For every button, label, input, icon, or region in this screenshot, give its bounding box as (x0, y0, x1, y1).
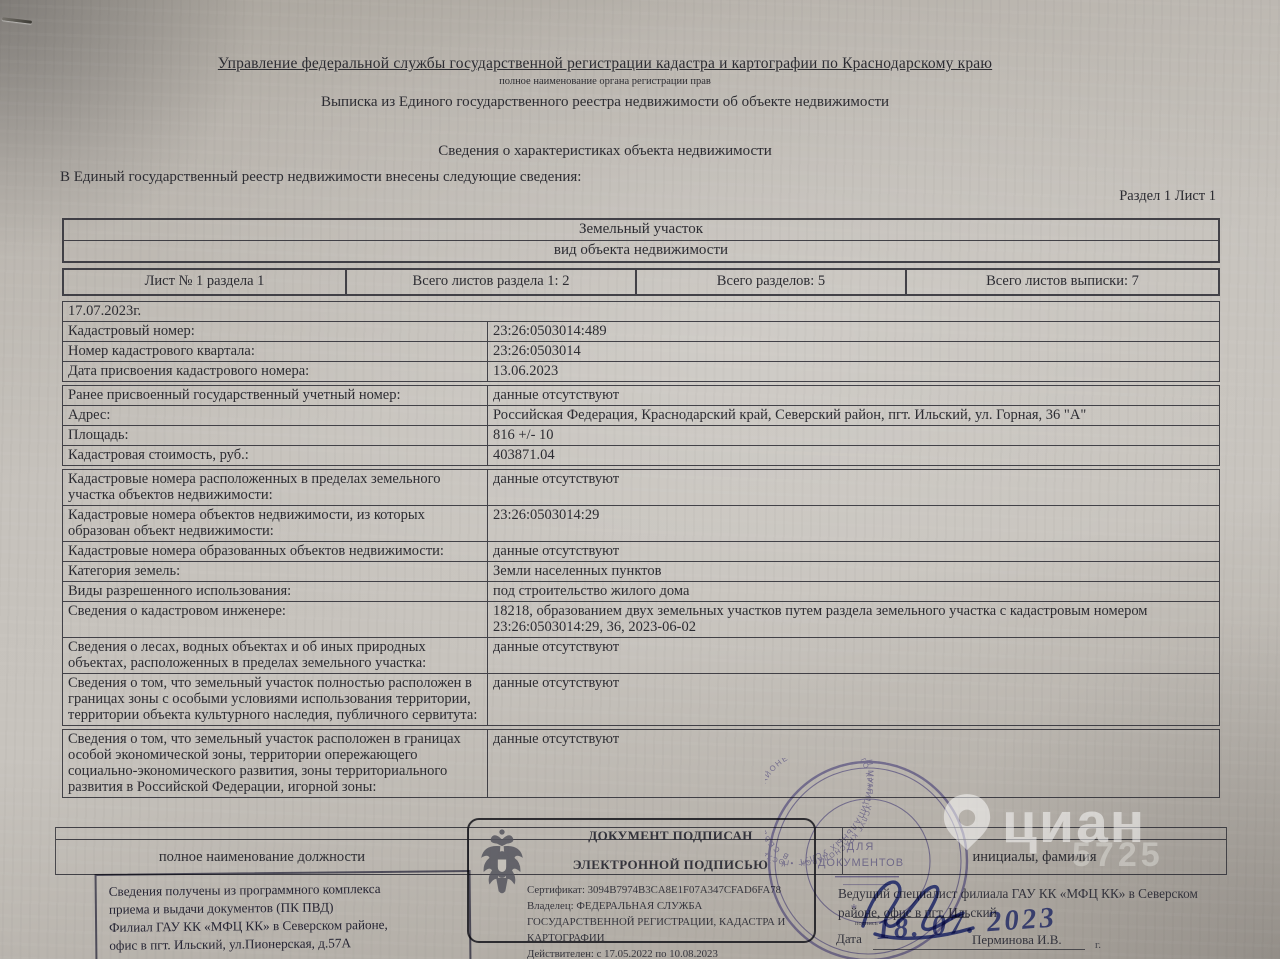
stamp-center-line2: ДОКУМЕНТОВ (818, 857, 904, 869)
table-row: Кадастровые номера образованных объектов… (63, 541, 1219, 561)
sheet-info-table: Лист № 1 раздела 1Всего листов раздела 1… (62, 268, 1220, 296)
table-row: Виды разрешенного использования:под стро… (63, 581, 1219, 601)
sheet-info-cell: Лист № 1 раздела 1 (64, 270, 345, 294)
table-section: Сведения о том, что земельный участок ра… (62, 729, 1220, 798)
table-row: Ранее присвоенный государственный учетны… (63, 386, 1219, 405)
esign-certificate: Сертификат: 3094B7974B3CA8E1F07A347CFAD6… (527, 882, 804, 898)
row-value: Земли населенных пунктов (488, 562, 1219, 581)
table-row: Площадь:816 +/- 10 (63, 425, 1219, 445)
row-value: данные отсутствуют (488, 542, 1219, 561)
row-value: данные отсутствуют (488, 674, 1219, 725)
pkpvd-line: офис в пгт. Ильский, ул.Пионерская, д.57… (109, 933, 459, 955)
table-row: Сведения о том, что земельный участок по… (63, 673, 1219, 725)
row-value: 23:26:0503014:489 (488, 322, 1219, 341)
row-value: данные отсутствуют (488, 386, 1219, 405)
table-row: Адрес:Российская Федерация, Краснодарски… (63, 405, 1219, 425)
svg-text:В СЕВЕРСКОМ РАЙОНЕ: В СЕВЕРСКОМ РАЙОНЕ (765, 758, 790, 861)
photographed-document: { "header": { "authority": "Управление ф… (0, 0, 1280, 959)
stamp-asterisk: * (851, 901, 857, 918)
row-label: Категория земель: (63, 562, 488, 581)
table-row: Номер кадастрового квартала:23:26:050301… (63, 341, 1219, 361)
stamp-ring3-text: В СЕВЕРСКОМ РАЙОНЕ (765, 758, 790, 861)
characteristics-title: Сведения о характеристиках объекта недви… (60, 143, 1220, 160)
table-row: Кадастровые номера объектов недвижимости… (63, 505, 1219, 541)
pkpvd-stamp: Сведения получены из программного компле… (95, 870, 472, 959)
row-label: Кадастровые номера расположенных в преде… (63, 470, 488, 505)
row-value: под строительство жилого дома (488, 582, 1219, 601)
position-caption: полное наименование должности (56, 840, 469, 874)
row-label: Кадастровые номера объектов недвижимости… (63, 506, 488, 541)
table-section: 17.07.2023г.Кадастровый номер:23:26:0503… (62, 301, 1220, 382)
row-value: 23:26:0503014:29 (488, 506, 1219, 541)
row-label: Сведения о лесах, водных объектах и об и… (63, 638, 488, 673)
row-value: 13.06.2023 (488, 362, 1219, 381)
intro-line: В Единый государственный реестр недвижим… (60, 169, 1220, 186)
row-label: Адрес: (63, 406, 488, 425)
esign-validity: Действителен: с 17.05.2022 по 10.08.2023 (527, 946, 804, 959)
row-label: Сведения о том, что земельный участок ра… (63, 730, 488, 797)
row-label: Кадастровая стоимость, руб.: (63, 446, 488, 465)
row-label: Номер кадастрового квартала: (63, 342, 488, 361)
row-value: данные отсутствуют (488, 470, 1219, 505)
sheet-info-cell: Всего листов раздела 1: 2 (345, 270, 635, 294)
table-row: Кадастровая стоимость, руб.:403871.04 (63, 445, 1219, 465)
table-row: Сведения о кадастровом инженере:18218, о… (63, 601, 1219, 637)
object-type-caption: вид объекта недвижимости (64, 240, 1218, 261)
table-row: Сведения о том, что земельный участок ра… (63, 730, 1219, 797)
double-eagle-emblem (477, 826, 527, 918)
main-table: 17.07.2023г.Кадастровый номер:23:26:0503… (62, 301, 1220, 798)
table-row: Кадастровый номер:23:26:0503014:489 (63, 321, 1219, 341)
row-value: 816 +/- 10 (488, 426, 1219, 445)
sheet-info-cell: Всего разделов: 5 (635, 270, 905, 294)
row-label: Сведения о кадастровом инженере: (63, 602, 488, 637)
esign-owner: Владелец: ФЕДЕРАЛЬНАЯ СЛУЖБА ГОСУДАРСТВЕ… (527, 898, 804, 946)
table-row: 17.07.2023г. (63, 302, 1219, 321)
document-header: Управление федеральной службы государств… (60, 55, 1220, 205)
row-value: Российская Федерация, Краснодарский край… (488, 406, 1219, 425)
row-label: Кадастровые номера образованных объектов… (63, 542, 488, 561)
signature-area: полное наименование должности инициалы, … (55, 818, 1225, 959)
stamp-center-line1: ДЛЯ (847, 841, 876, 853)
document-title: Выписка из Единого государственного реес… (60, 94, 1220, 111)
row-value: 403871.04 (488, 446, 1219, 465)
authority-caption: полное наименование органа регистрации п… (60, 76, 1220, 87)
table-section: Кадастровые номера расположенных в преде… (62, 469, 1220, 726)
table-row: Кадастровые номера расположенных в преде… (63, 470, 1219, 505)
object-type-table: Земельный участок вид объекта недвижимос… (62, 218, 1220, 263)
staple-mark (2, 17, 32, 24)
table-row: Категория земель:Земли населенных пункто… (63, 561, 1219, 581)
section-sheet-label: Раздел 1 Лист 1 (60, 188, 1220, 205)
row-label: Сведения о том, что земельный участок по… (63, 674, 488, 725)
row-value: данные отсутствуют (488, 638, 1219, 673)
row-label: Виды разрешенного использования: (63, 582, 488, 601)
row-label: Площадь: (63, 426, 488, 445)
table-row: Сведения о лесах, водных объектах и об и… (63, 637, 1219, 673)
row-value: 23:26:0503014 (488, 342, 1219, 361)
object-type-value: Земельный участок (64, 220, 1218, 240)
row-value: 18218, образованием двух земельных участ… (488, 602, 1219, 637)
table-row: Дата присвоения кадастрового номера:13.0… (63, 361, 1219, 381)
round-stamp: • МНОГОФУНКЦИОНАЛЬНЫЙ ЦЕНТР ПРЕДОСТАВЛЕН… (765, 758, 971, 959)
row-label: 17.07.2023г. (63, 302, 1228, 321)
row-label: Ранее присвоенный государственный учетны… (63, 386, 488, 405)
esign-stamp-box: ДОКУМЕНТ ПОДПИСАН ЭЛЕКТРОННОЙ ПОДПИСЬЮ С… (467, 818, 816, 943)
authority-title: Управление федеральной службы государств… (60, 55, 1220, 73)
row-label: Кадастровый номер: (63, 322, 488, 341)
esign-meta: Сертификат: 3094B7974B3CA8E1F07A347CFAD6… (527, 882, 804, 959)
sheet-info-cell: Всего листов выписки: 7 (905, 270, 1218, 294)
row-label: Дата присвоения кадастрового номера: (63, 362, 488, 381)
tables-block: Земельный участок вид объекта недвижимос… (62, 218, 1220, 801)
table-section: Ранее присвоенный государственный учетны… (62, 385, 1220, 466)
date-suffix: г. (1095, 939, 1101, 951)
